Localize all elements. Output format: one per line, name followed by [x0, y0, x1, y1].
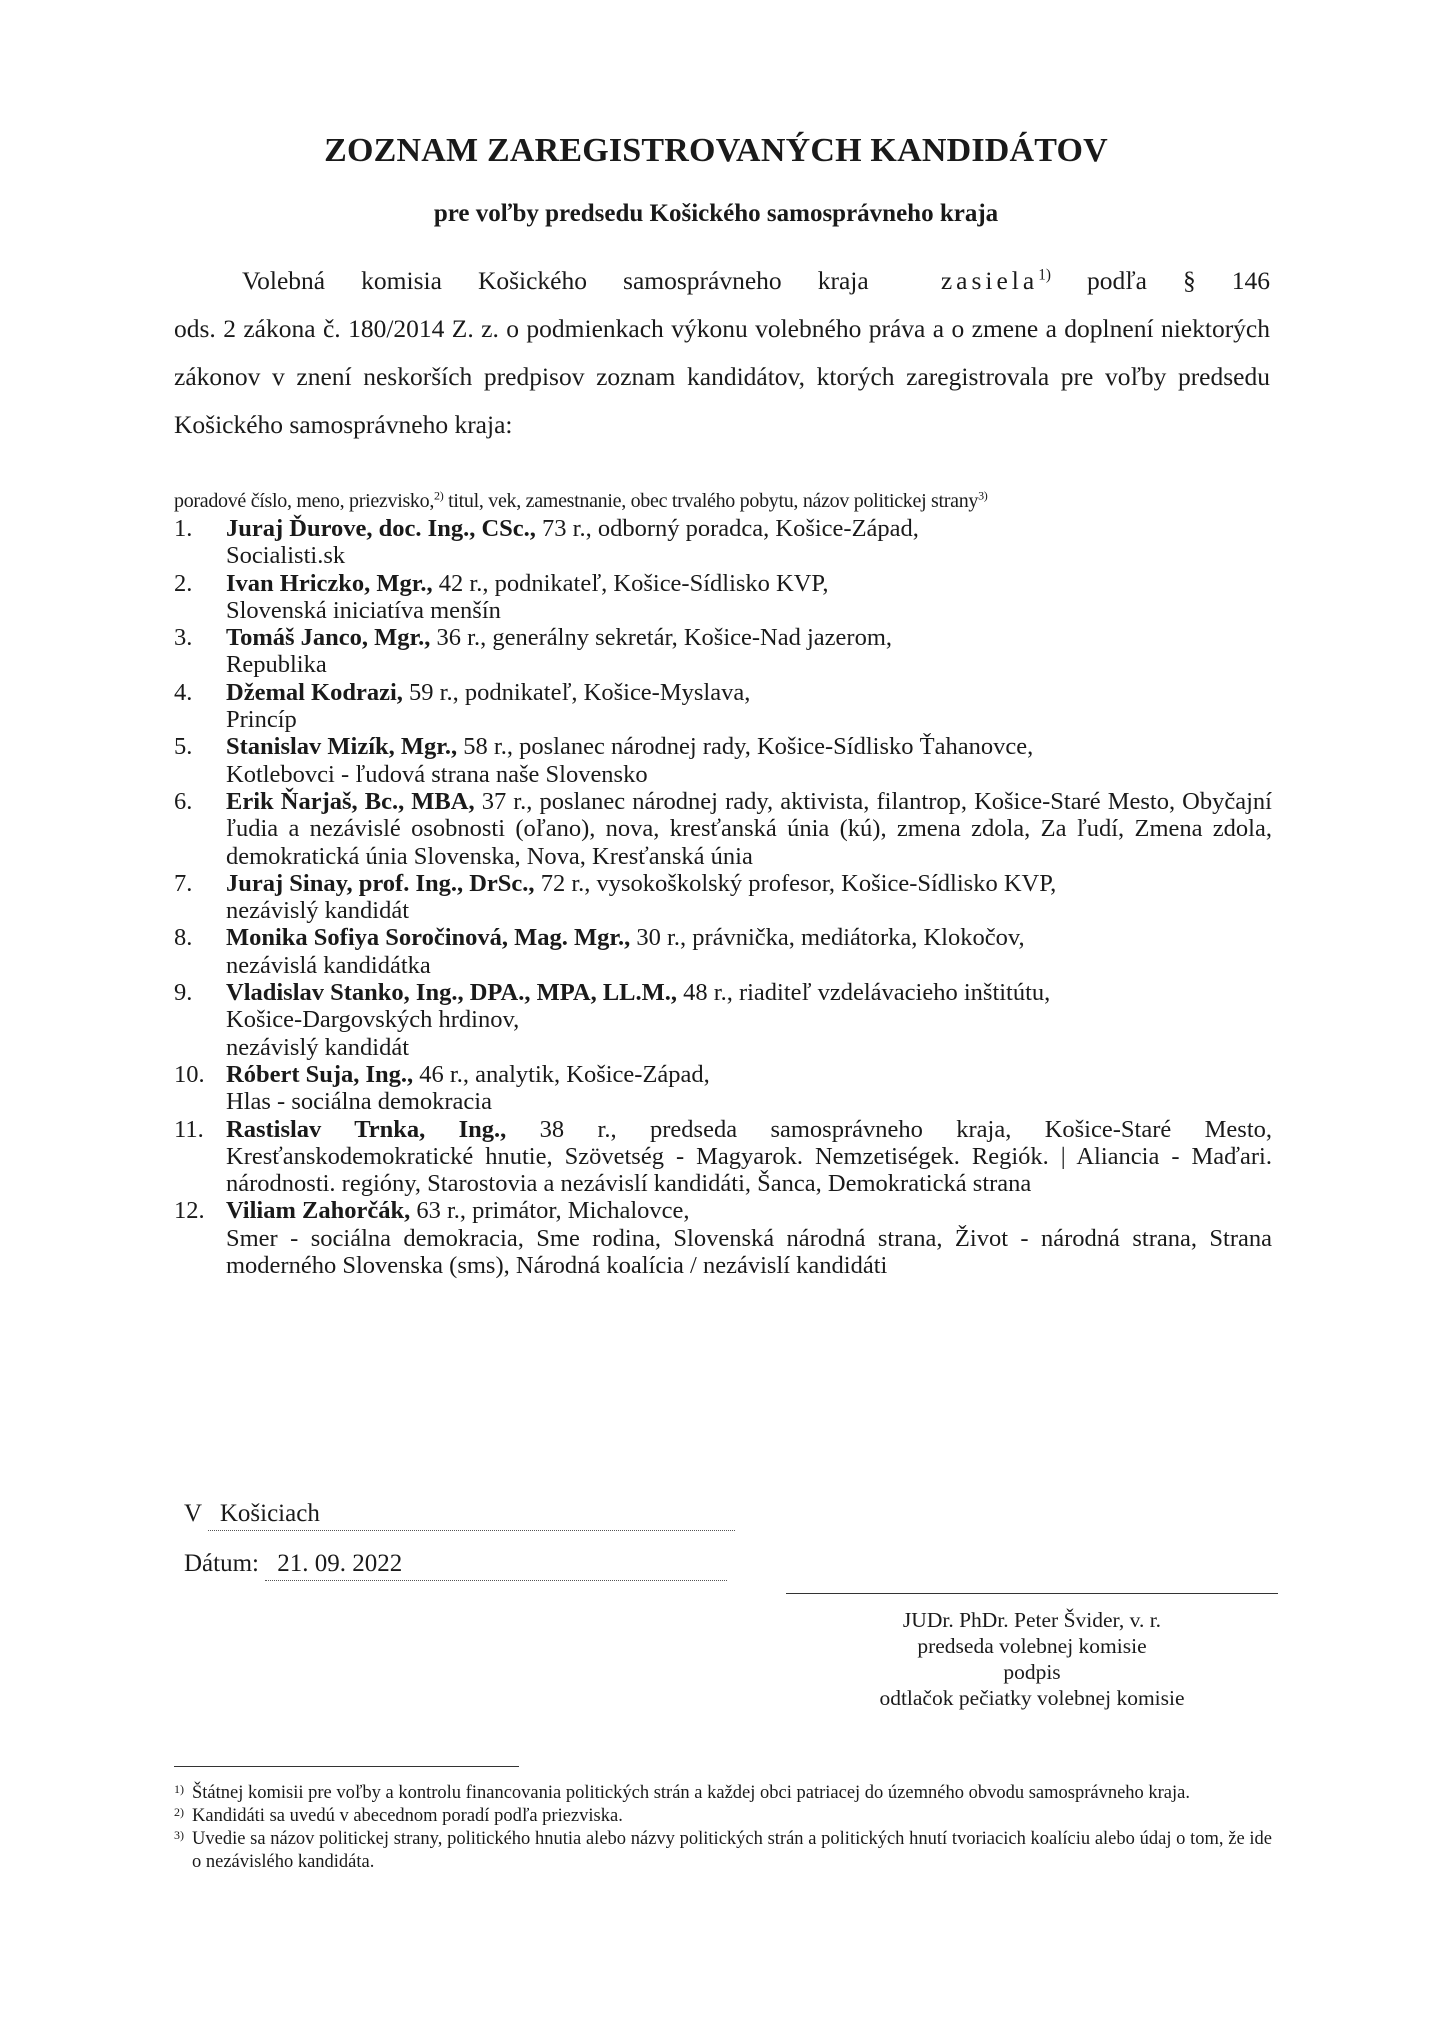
footnote-separator — [174, 1766, 519, 1767]
candidate-item: 7.Juraj Sinay, prof. Ing., DrSc., 72 r.,… — [174, 870, 1272, 925]
intro-paragraph: Volebná komisia Košického samosprávneho … — [174, 257, 1270, 449]
footnote-text: Štátnej komisii pre voľby a kontrolu fin… — [192, 1783, 1190, 1803]
candidate-item: 12.Viliam Zahorčák, 63 r., primátor, Mic… — [174, 1197, 1272, 1279]
candidate-name: Viliam Zahorčák, — [226, 1197, 410, 1224]
candidate-name: Stanislav Mizík, Mgr., — [226, 733, 457, 760]
signatory-name: JUDr. PhDr. Peter Švider, v. r. — [786, 1607, 1278, 1633]
document-title: ZOZNAM ZAREGISTROVANÝCH KANDIDÁTOV — [0, 132, 1432, 170]
candidate-details: 58 r., poslanec národnej rady, Košice-Sí… — [457, 733, 1033, 760]
candidate-number: 6. — [174, 788, 192, 815]
date-label: Dátum: — [184, 1550, 259, 1577]
footnote-mark: 2) — [174, 1801, 184, 1824]
footnote: 1)Štátnej komisii pre voľby a kontrolu f… — [174, 1782, 1272, 1805]
footnote-ref-3: 3) — [978, 488, 987, 502]
candidate-party: Slovenská iniciatíva menšín — [226, 597, 1272, 624]
candidate-item: 11.Rastislav Trnka, Ing., 38 r., predsed… — [174, 1116, 1272, 1198]
candidate-name: Erik Ňarjaš, Bc., MBA, — [226, 788, 475, 815]
candidate-details: 30 r., právnička, mediátorka, Klokočov, — [630, 924, 1024, 951]
candidate-number: 8. — [174, 924, 192, 951]
intro-text-a: Volebná komisia Košického samosprávneho … — [242, 266, 869, 295]
intro-text-b: zasiela — [941, 266, 1038, 295]
candidate-party: nezávislý kandidát — [226, 897, 1272, 924]
date-line: Dátum: 21. 09. 2022 — [184, 1550, 727, 1581]
candidate-item: 5.Stanislav Mizík, Mgr., 58 r., poslanec… — [174, 733, 1272, 788]
candidate-details: 42 r., podnikateľ, Košice-Sídlisko KVP, — [433, 570, 829, 597]
candidate-item: 2.Ivan Hriczko, Mgr., 42 r., podnikateľ,… — [174, 570, 1272, 625]
candidate-item: 6.Erik Ňarjaš, Bc., MBA, 37 r., poslanec… — [174, 788, 1272, 870]
candidate-details: 48 r., riaditeľ vzdelávacieho inštitútu, — [677, 979, 1050, 1006]
candidate-name: Róbert Suja, Ing., — [226, 1061, 413, 1088]
footnote-text: Kandidáti sa uvedú v abecednom poradí po… — [192, 1806, 623, 1826]
signature-label: podpis — [786, 1659, 1278, 1685]
signature-block: JUDr. PhDr. Peter Švider, v. r. predseda… — [786, 1607, 1278, 1711]
candidate-name: Ivan Hriczko, Mgr., — [226, 570, 433, 597]
candidate-party: nezávislá kandidátka — [226, 952, 1272, 979]
candidate-details: 63 r., primátor, Michalovce, — [410, 1197, 689, 1224]
candidate-party: Kotlebovci - ľudová strana naše Slovensk… — [226, 761, 1272, 788]
place-line: V Košiciach — [184, 1500, 735, 1531]
candidate-number: 11. — [174, 1116, 204, 1143]
candidate-item: 4.Džemal Kodrazi, 59 r., podnikateľ, Koš… — [174, 679, 1272, 734]
place-value: Košiciach — [208, 1500, 735, 1531]
candidate-list: 1.Juraj Ďurove, doc. Ing., CSc., 73 r., … — [174, 515, 1272, 1279]
candidate-name: Vladislav Stanko, Ing., DPA., MPA, LL.M.… — [226, 979, 677, 1006]
candidate-details: 46 r., analytik, Košice-Západ, — [413, 1061, 710, 1088]
signature-line — [786, 1593, 1278, 1594]
candidate-name: Juraj Sinay, prof. Ing., DrSc., — [226, 870, 535, 897]
intro-text-c: podľa § 146 — [1087, 266, 1270, 295]
candidate-number: 2. — [174, 570, 192, 597]
candidate-details: 36 r., generálny sekretár, Košice-Nad ja… — [430, 624, 892, 651]
candidate-item: 1.Juraj Ďurove, doc. Ing., CSc., 73 r., … — [174, 515, 1272, 570]
candidate-party-status: nezávislý kandidát — [226, 1034, 1272, 1061]
footnote-text: Uvedie sa názov politickej strany, polit… — [192, 1829, 1272, 1872]
candidate-number: 5. — [174, 733, 192, 760]
footnote: 3)Uvedie sa názov politickej strany, pol… — [174, 1828, 1272, 1874]
candidate-details: 59 r., podnikateľ, Košice-Myslava, — [403, 679, 750, 706]
candidate-name: Juraj Ďurove, doc. Ing., CSc., — [226, 515, 536, 542]
candidate-party: Socialisti.sk — [226, 542, 1272, 569]
candidate-number: 7. — [174, 870, 192, 897]
footnote: 2)Kandidáti sa uvedú v abecednom poradí … — [174, 1805, 1272, 1828]
candidate-number: 1. — [174, 515, 192, 542]
candidate-number: 12. — [174, 1197, 205, 1224]
candidate-item: 8.Monika Sofiya Soročinová, Mag. Mgr., 3… — [174, 924, 1272, 979]
candidate-name: Rastislav Trnka, Ing., — [226, 1116, 506, 1143]
candidate-party: Republika — [226, 651, 1272, 678]
legend-part-1: poradové číslo, meno, priezvisko, — [174, 490, 434, 512]
candidate-party: Hlas - sociálna demokracia — [226, 1088, 1272, 1115]
list-legend: poradové číslo, meno, priezvisko,2) titu… — [174, 490, 1274, 513]
place-label: V — [184, 1500, 202, 1527]
signatory-role: predseda volebnej komisie — [786, 1633, 1278, 1659]
footnotes: 1)Štátnej komisii pre voľby a kontrolu f… — [174, 1782, 1272, 1874]
candidate-details: 73 r., odborný poradca, Košice-Západ, — [536, 515, 919, 542]
candidate-party: Smer - sociálna demokracia, Sme rodina, … — [226, 1225, 1272, 1280]
candidate-details: 72 r., vysokoškolský profesor, Košice-Sí… — [535, 870, 1057, 897]
candidate-party: Princíp — [226, 706, 1272, 733]
candidate-number: 10. — [174, 1061, 205, 1088]
candidate-number: 9. — [174, 979, 192, 1006]
candidate-party: Košice-Dargovských hrdinov, — [226, 1006, 1272, 1033]
footnote-ref-1: 1) — [1038, 267, 1051, 284]
intro-text-rest: ods. 2 zákona č. 180/2014 Z. z. o podmie… — [174, 305, 1270, 449]
candidate-name: Džemal Kodrazi, — [226, 679, 403, 706]
candidate-name: Monika Sofiya Soročinová, Mag. Mgr., — [226, 924, 630, 951]
candidate-number: 3. — [174, 624, 192, 651]
document-subtitle: pre voľby predsedu Košického samosprávne… — [0, 200, 1432, 228]
candidate-item: 10.Róbert Suja, Ing., 46 r., analytik, K… — [174, 1061, 1272, 1116]
candidate-item: 9.Vladislav Stanko, Ing., DPA., MPA, LL.… — [174, 979, 1272, 1061]
candidate-number: 4. — [174, 679, 192, 706]
footnote-mark: 1) — [174, 1778, 184, 1801]
footnote-mark: 3) — [174, 1824, 184, 1847]
date-value: 21. 09. 2022 — [265, 1550, 727, 1581]
candidate-name: Tomáš Janco, Mgr., — [226, 624, 430, 651]
legend-part-2: titul, vek, zamestnanie, obec trvalého p… — [443, 490, 978, 512]
stamp-label: odtlačok pečiatky volebnej komisie — [786, 1685, 1278, 1711]
candidate-item: 3.Tomáš Janco, Mgr., 36 r., generálny se… — [174, 624, 1272, 679]
